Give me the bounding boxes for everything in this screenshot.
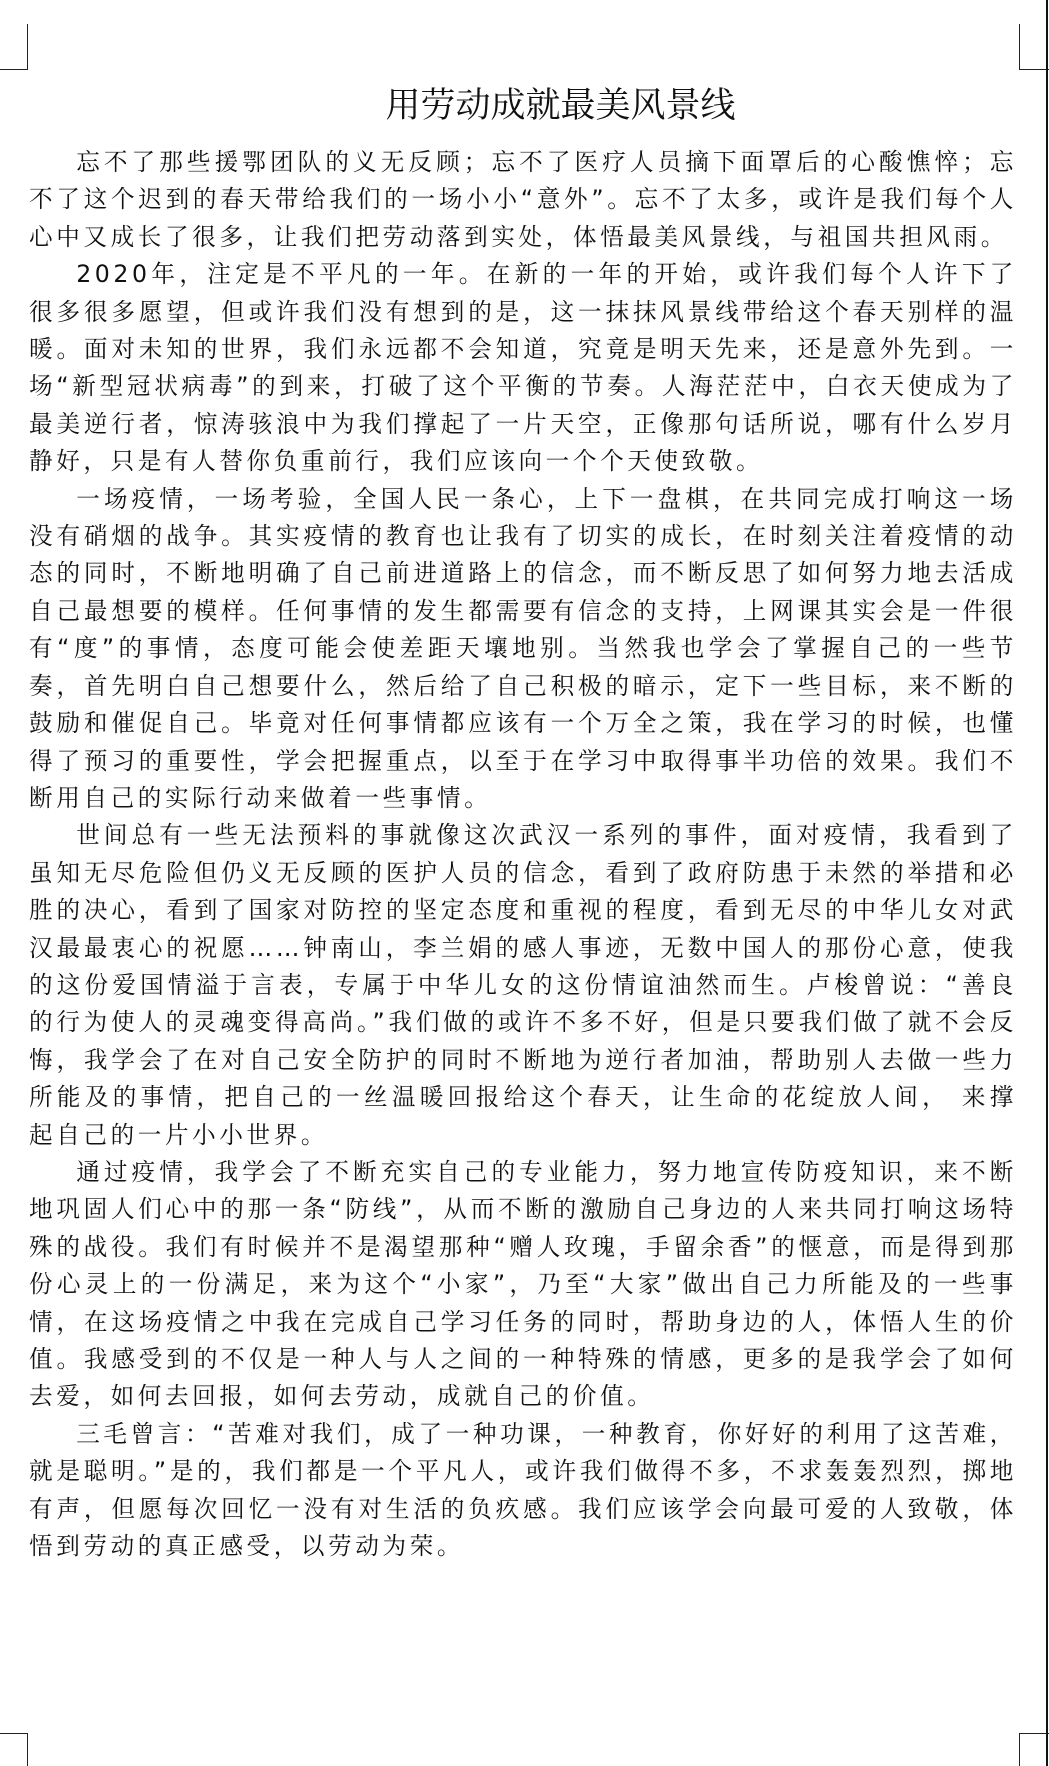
crop-mark-bottom-right	[1019, 1733, 1049, 1766]
paragraph: 2020年，注定是不平凡的一年。在新的一年的开始，或许我们每个人许下了很多很多愿…	[29, 256, 1017, 480]
paragraph: 三毛曾言：“苦难对我们，成了一种功课，一种教育，你好好的利用了这苦难，就是聪明。…	[29, 1416, 1017, 1566]
paragraph: 忘不了那些援鄂团队的义无反顾；忘不了医疗人员摘下面罩后的心酸憔悴；忘不了这个迟到…	[29, 144, 1017, 256]
crop-mark-top-left	[0, 24, 28, 70]
crop-mark-bottom-left	[0, 1733, 28, 1766]
paragraph: 世间总有一些无法预料的事就像这次武汉一系列的事件，面对疫情，我看到了虽知无尽危险…	[29, 817, 1017, 1154]
document-title: 用劳动成就最美风景线	[0, 82, 1049, 130]
page-edge	[1046, 0, 1048, 1766]
document-body: 忘不了那些援鄂团队的义无反顾；忘不了医疗人员摘下面罩后的心酸憔悴；忘不了这个迟到…	[29, 144, 1017, 1565]
paragraph: 通过疫情，我学会了不断充实自己的专业能力，努力地宣传防疫知识，来不断地巩固人们心…	[29, 1154, 1017, 1416]
crop-mark-top-right	[1019, 24, 1049, 70]
paragraph: 一场疫情，一场考验，全国人民一条心，上下一盘棋，在共同完成打响这一场没有硝烟的战…	[29, 481, 1017, 818]
